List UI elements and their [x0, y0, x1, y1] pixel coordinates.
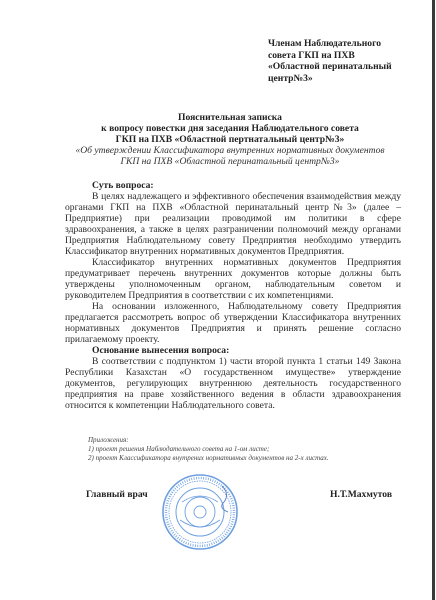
scan-edge-border — [432, 0, 435, 600]
appendix-block: Приложения: 1) проект решения Наблюдател… — [88, 436, 329, 463]
grounds-paragraph: В соответствии с подпунктом 1) части вто… — [65, 356, 401, 411]
signatory-position: Главный врач — [86, 489, 148, 500]
document-heading: Пояснительная записка к вопросу повестки… — [40, 112, 420, 167]
document-title: Пояснительная записка — [40, 112, 420, 123]
addressee-line: Членам Наблюдательного — [268, 38, 433, 50]
official-stamp-icon — [160, 472, 240, 552]
essence-paragraph: На основании изложенного, Наблюдательном… — [65, 301, 401, 345]
essence-paragraph: В целях надлежащего и эффективного обесп… — [65, 191, 401, 257]
addressee-line: «Областной перинатальный — [268, 61, 433, 73]
essence-title: Суть вопроса: — [65, 180, 401, 191]
subject-line: ГКП на ПХВ «Областной перинатальный цент… — [40, 156, 420, 167]
appendix-item: 2) проект Классификатора внутрених норма… — [88, 454, 329, 463]
addressee-line: совета ГКП на ПХВ — [268, 50, 433, 62]
appendix-title: Приложения: — [88, 436, 329, 445]
signatory-name: Н.Т.Махмутов — [330, 489, 392, 500]
heading-line: ГКП на ПХВ «Областной пертнатальный цент… — [40, 134, 420, 145]
heading-line: к вопросу повестки дня заседания Наблюда… — [40, 123, 420, 134]
essence-section: Суть вопроса: В целях надлежащего и эффе… — [65, 180, 401, 411]
grounds-title: Основание вынесения вопроса: — [65, 345, 401, 356]
essence-paragraph: Классификатор внутренних нормативных док… — [65, 257, 401, 301]
addressee-line: центр№3» — [268, 73, 433, 85]
addressee-block: Членам Наблюдательного совета ГКП на ПХВ… — [268, 38, 433, 84]
appendix-item: 1) проект решения Наблюдательного совета… — [88, 445, 329, 454]
document-page: Членам Наблюдательного совета ГКП на ПХВ… — [0, 0, 436, 600]
subject-line: «Об утверждении Классификатора внутренни… — [40, 145, 420, 156]
